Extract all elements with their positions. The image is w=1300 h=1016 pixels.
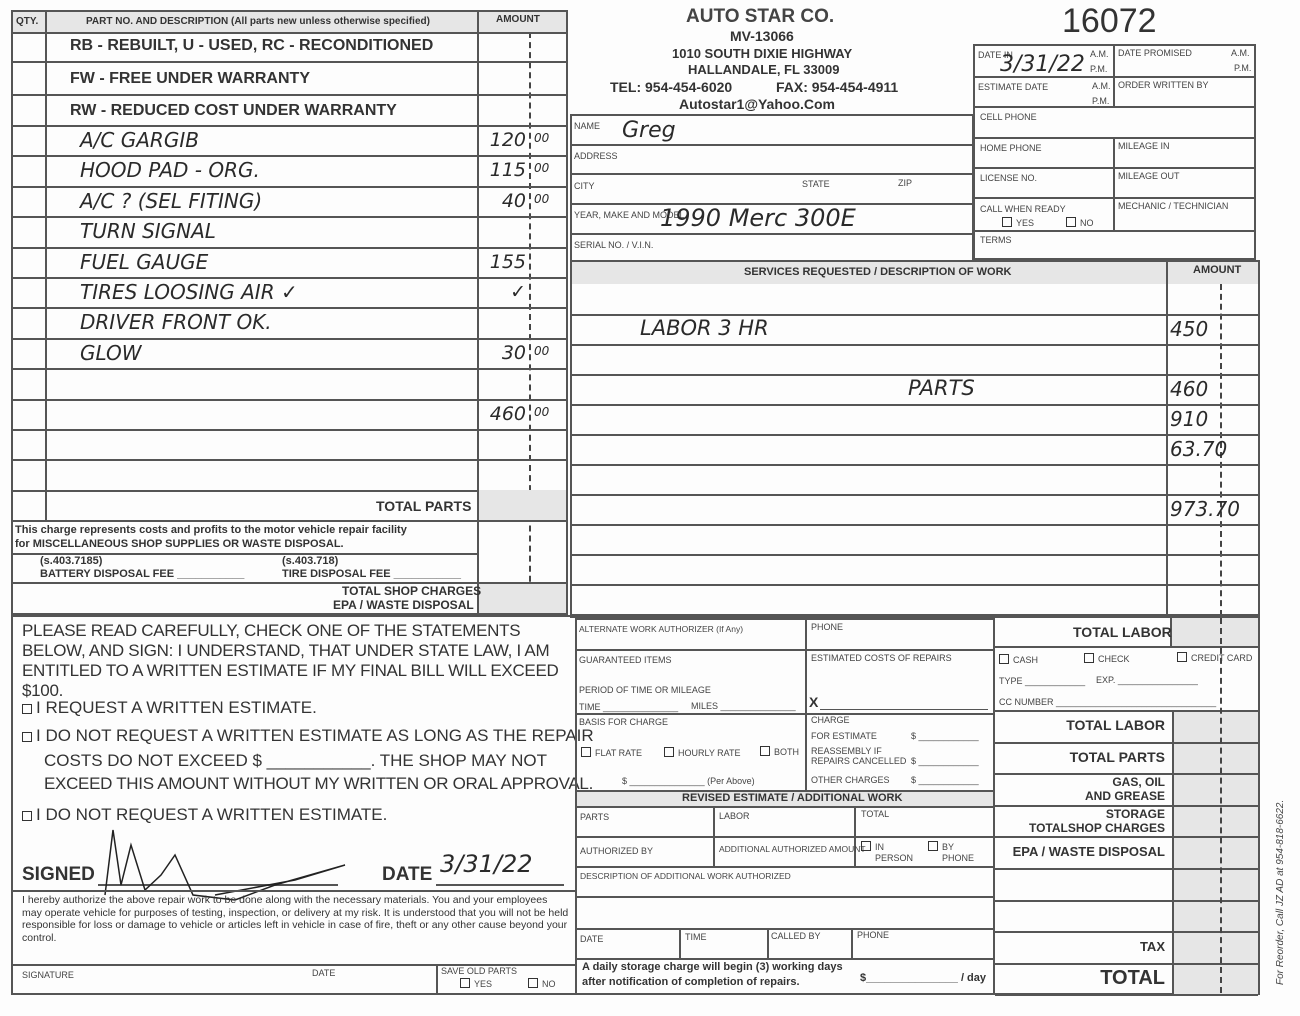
for-estimate-field[interactable]: $ ____________ [911,731,979,741]
option-limit-line3: EXCEED THIS AMOUNT WITHOUT MY WRITTEN OR… [44,774,593,794]
checkbox-icon [581,747,591,757]
pay-check[interactable]: CHECK [1084,653,1130,664]
checkbox-icon [528,978,538,988]
home-phone-label: HOME PHONE [980,143,1042,153]
shop-note-1: This charge represents costs and profits… [15,524,407,536]
gas-oil-grease-amount-field[interactable] [1174,775,1258,805]
miles-field[interactable]: MILES _______________ [691,701,796,711]
legend-reduced: RW - REDUCED COST UNDER WARRANTY [70,102,397,120]
storage-shop-charges-amount-field[interactable] [1174,807,1258,837]
x-mark: X [809,694,818,710]
date-promised-am: A.M. [1231,48,1250,58]
in-person[interactable]: INPERSON [861,841,913,864]
company-tel: TEL: 954-454-6020 [610,79,732,95]
storage-shop-charges-label: STORAGETOTALSHOP CHARGES [995,807,1165,835]
part-amount[interactable]: 115 [480,159,526,181]
part-amount[interactable]: 460 [480,403,526,425]
legend-warranty: FW - FREE UNDER WARRANTY [70,70,310,88]
part-cents[interactable]: 00 [534,405,549,419]
gas-oil-grease-label: GAS, OILAND GREASE [995,775,1165,803]
checkbox-icon [760,746,770,756]
part-amount[interactable]: 155 [480,251,526,273]
call-time-label: TIME [685,932,707,942]
total-labor-2-amount-field[interactable] [1174,712,1258,742]
checkbox-icon [1066,217,1076,227]
total-shop-charges-label: TOTAL SHOP CHARGES [342,584,481,598]
total-parts-label: TOTAL PARTS [995,742,1165,774]
call-yes[interactable]: YES [1002,217,1034,228]
both-rate[interactable]: BOTH [760,746,799,757]
period-label: PERIOD OF TIME OR MILEAGE [579,685,711,695]
services-header: SERVICES REQUESTED / DESCRIPTION OF WORK [744,266,1012,278]
estimated-costs-label: ESTIMATED COSTS OF REPAIRS [811,653,952,663]
service-amount[interactable]: 460 [1170,377,1208,401]
other-charges-label: OTHER CHARGES [811,775,890,785]
storage-note-2: after notification of completion of repa… [582,976,800,988]
part-amount[interactable]: 120 [480,129,526,151]
estimate-pm: P.M. [1092,96,1109,106]
part-cents[interactable]: 00 [534,131,549,145]
revised-parts-label: PARTS [580,812,609,822]
by-phone[interactable]: BYPHONE [928,841,974,864]
date-in-value[interactable]: 3/31/22 [1000,52,1085,77]
card-exp-field[interactable]: EXP. ________________ [1096,675,1198,685]
mileage-out-label: MILEAGE OUT [1118,171,1180,181]
date-promised-label: DATE PROMISED [1118,48,1192,58]
checkbox-icon [861,841,871,851]
part-description[interactable]: A/C GARGIB [80,128,199,152]
amount-header: AMOUNT [496,14,540,25]
vin-label: SERIAL NO. / V.I.N. [574,240,653,250]
part-amount[interactable]: 40 [480,190,526,212]
epa-label: EPA / WASTE DISPOSAL [333,598,474,612]
signed-label: SIGNED [22,864,95,886]
service-amount[interactable]: 450 [1170,317,1208,341]
services-amount-header: AMOUNT [1193,264,1241,276]
state-label: STATE [802,179,830,189]
qty-header: QTY. [16,16,38,27]
battery-code: (s.403.7185) [40,555,102,567]
checkbox-icon [22,732,32,742]
checkbox-icon [22,704,32,714]
tire-code: (s.403.718) [282,555,338,567]
checkbox-icon [1084,653,1094,663]
part-cents[interactable]: 00 [534,344,549,358]
phone-label: PHONE [811,622,843,632]
reassembly-label-2: REPAIRS CANCELLED [811,756,906,766]
alt-authorizer-label: ALTERNATE WORK AUTHORIZER (If Any) [579,624,743,634]
checkbox-icon [460,978,470,988]
option-limit-estimate[interactable]: I DO NOT REQUEST A WRITTEN ESTIMATE AS L… [22,726,594,746]
service-description[interactable]: PARTS [908,376,975,400]
save-parts-yes[interactable]: YES [460,978,492,989]
revised-labor-label: LABOR [719,811,750,821]
other-charges-field[interactable]: $ ____________ [911,775,979,785]
address-label: ADDRESS [574,151,618,161]
date-in-am: A.M. [1090,49,1109,59]
checkbox-icon [22,811,32,821]
cc-number-field[interactable]: CC NUMBER ______________________________… [999,697,1216,707]
service-description[interactable]: LABOR 3 HR [640,316,769,340]
save-parts-no[interactable]: NO [528,978,556,989]
cell-phone-label: CELL PHONE [980,112,1037,122]
call-no[interactable]: NO [1066,217,1094,228]
call-phone-label: PHONE [857,930,889,940]
license-label: LICENSE NO. [980,173,1037,183]
date-in-pm: P.M. [1090,64,1107,74]
customer-name[interactable]: Greg [622,118,676,143]
date-promised-pm: P.M. [1234,63,1251,73]
estimate-intro: PLEASE READ CAREFULLY, CHECK ONE OF THE … [22,621,570,701]
estimate-date-label: ESTIMATE DATE [978,82,1048,92]
part-cents[interactable]: 00 [534,192,549,206]
service-amount[interactable]: 973.70 [1170,497,1240,521]
reorder-note: For Reorder, Call JZ AD at 954-818-6622. [1275,800,1286,985]
zip-label: ZIP [898,178,912,188]
mileage-in-label: MILEAGE IN [1118,141,1170,151]
save-old-parts-label: SAVE OLD PARTS [441,966,517,976]
checkbox-icon [1002,217,1012,227]
called-by-label: CALLED BY [771,931,821,941]
checkbox-icon [1177,652,1187,662]
revised-total-label: TOTAL [861,809,889,819]
pay-credit[interactable]: CREDIT CARD [1177,652,1252,663]
time-field[interactable]: TIME _______________ [579,702,678,712]
name-label: NAME [574,121,600,131]
shop-note-2: for MISCELLANEOUS SHOP SUPPLIES OR WASTE… [15,538,344,550]
company-name: AUTO STAR CO. [686,6,834,28]
guaranteed-items-label: GUARANTEED ITEMS [579,655,672,665]
part-description[interactable]: TURN SIGNAL [80,219,216,243]
part-cents[interactable]: 00 [534,161,549,175]
option-request-estimate[interactable]: I REQUEST A WRITTEN ESTIMATE. [22,698,317,718]
checkbox-icon [928,841,938,851]
pay-cash[interactable]: CASH [999,654,1038,665]
order-written-label: ORDER WRITTEN BY [1118,80,1209,90]
signature-scribble [95,825,365,905]
part-description[interactable]: A/C ? (SEL FITING) [80,189,262,213]
checkbox-icon [664,747,674,757]
signed-date-value[interactable]: 3/31/22 [440,850,533,878]
part-description[interactable]: HOOD PAD - ORG. [80,158,260,182]
company-fax: FAX: 954-454-4911 [776,79,898,95]
basis-label: BASIS FOR CHARGE [579,717,668,727]
charge-label: CHARGE [811,715,850,725]
call-when-ready-label: CALL WHEN READY [980,204,1066,214]
city-label: CITY [574,181,595,191]
total-parts-label: TOTAL PARTS [376,498,471,514]
epa-waste-label: EPA / WASTE DISPOSAL [995,836,1165,868]
part-description[interactable]: FUEL GAUGE [80,250,208,274]
service-amount[interactable]: 63.70 [1170,437,1227,461]
estimate-am: A.M. [1092,81,1111,91]
authorized-by-label: AUTHORIZED BY [580,846,653,856]
additional-amount-label: ADDITIONAL AUTHORIZED AMOUNT [719,844,866,854]
battery-fee[interactable]: BATTERY DISPOSAL FEE ___________ [40,568,244,580]
desc-additional-label: DESCRIPTION OF ADDITIONAL WORK AUTHORIZE… [580,871,791,881]
signature-label: SIGNATURE [22,970,74,980]
tire-fee[interactable]: TIRE DISPOSAL FEE ___________ [282,568,461,580]
per-above-field[interactable]: $ _______________ (Per Above) [622,776,755,786]
for-estimate-label: FOR ESTIMATE [811,731,877,741]
option-no-estimate[interactable]: I DO NOT REQUEST A WRITTEN ESTIMATE. [22,805,387,825]
storage-note-1: A daily storage charge will begin (3) wo… [582,961,843,973]
epa-waste-amount-field[interactable] [1174,838,1258,868]
company-email: Autostar1@Yahoo.Com [679,96,835,112]
total-parts-amount-field[interactable] [1174,744,1258,774]
part-description[interactable]: DRIVER FRONT OK. [80,310,272,334]
card-type-field[interactable]: TYPE ____________ [999,676,1085,686]
revised-estimate-header: REVISED ESTIMATE / ADDITIONAL WORK [682,792,902,804]
total-labor-label: TOTAL LABOR [1073,624,1172,640]
hourly-rate[interactable]: HOURLY RATE [664,747,741,758]
part-description[interactable]: GLOW [80,341,142,365]
flat-rate[interactable]: FLAT RATE [581,747,642,758]
date2-label: DATE [312,968,335,978]
vehicle-value[interactable]: 1990 Merc 300E [660,204,856,232]
part-amount[interactable]: ✓ [480,281,526,303]
authorization-text: I hereby authorize the above repair work… [22,894,570,944]
legend-rebuilt: RB - REBUILT, U - USED, RC - RECONDITION… [70,37,433,55]
mechanic-label: MECHANIC / TECHNICIAN [1118,201,1228,211]
grand-total-label: TOTAL [995,963,1165,995]
date-label: DATE [382,864,432,886]
terms-label: TERMS [980,235,1012,245]
form-number: 16072 [1062,2,1157,41]
tax-label: TAX [995,931,1165,963]
part-amount[interactable]: 30 [480,342,526,364]
storage-per-day[interactable]: $_______________ / day [860,972,986,984]
company-address2: HALLANDALE, FL 33009 [688,62,839,77]
tax-amount-field[interactable] [1174,933,1258,963]
company-address1: 1010 SOUTH DIXIE HIGHWAY [672,46,852,61]
reassembly-field[interactable]: $ ____________ [911,756,979,766]
desc-header: PART NO. AND DESCRIPTION (All parts new … [86,16,430,27]
company-license: MV-13066 [730,28,794,44]
reassembly-label-1: REASSEMBLY IF [811,746,882,756]
blank-2-amount-field[interactable] [1174,902,1258,932]
total-labor-2-label: TOTAL LABOR [995,710,1165,742]
call-date-label: DATE [580,934,603,944]
blank-1-amount-field[interactable] [1174,870,1258,900]
checkbox-icon [999,654,1009,664]
part-description[interactable]: TIRES LOOSING AIR ✓ [80,280,298,304]
service-amount[interactable]: 910 [1170,407,1208,431]
grand-total-amount-field[interactable] [1174,965,1258,995]
option-limit-line2: COSTS DO NOT EXCEED $ ___________. THE S… [44,751,547,771]
